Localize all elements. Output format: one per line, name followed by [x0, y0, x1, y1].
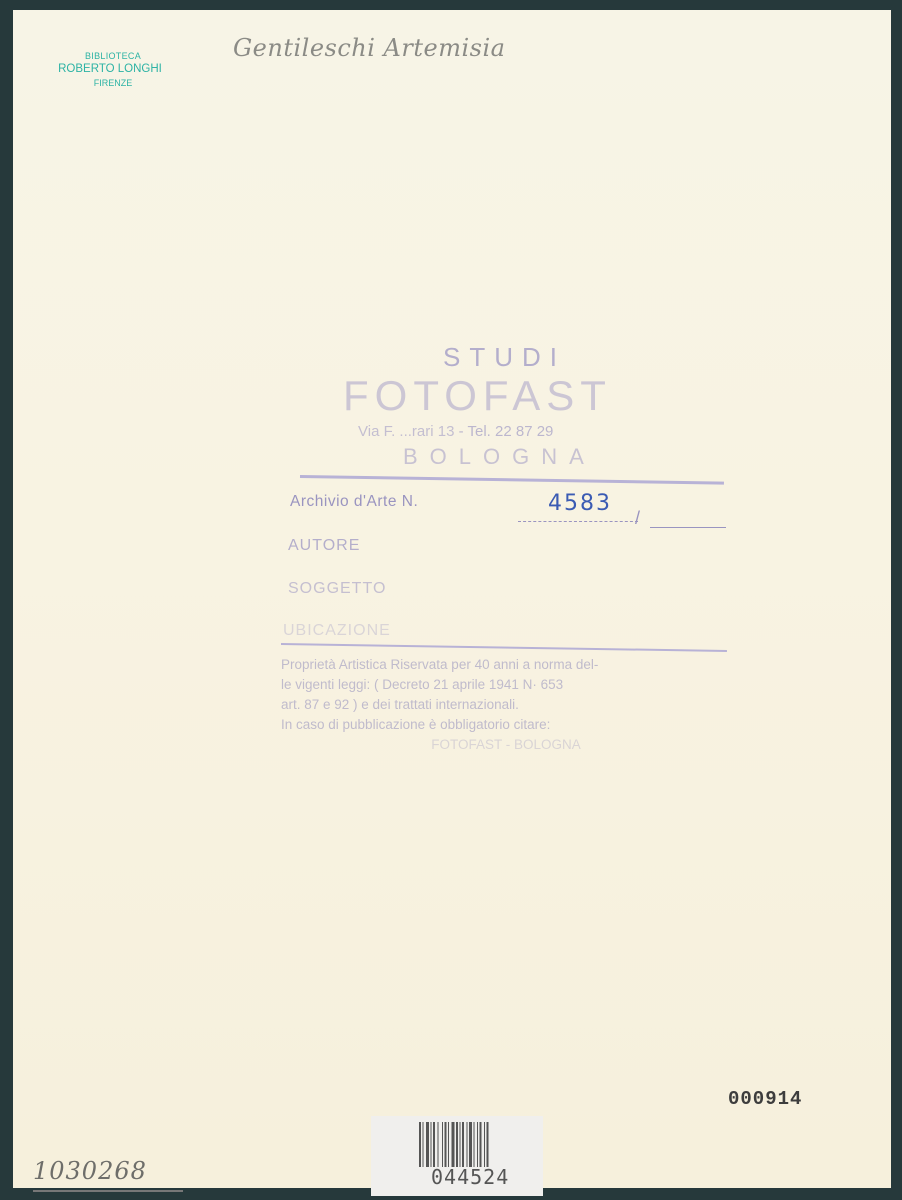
library-stamp: BIBLIOTECA ROBERTO LONGHI FIRENZE [53, 50, 173, 89]
autore-label: AUTORE [288, 537, 360, 555]
rights-line: le vigenti leggi: ( Decreto 21 aprile 19… [281, 675, 731, 695]
archivio-number-line [518, 521, 638, 522]
inventory-number: 000914 [728, 1088, 802, 1110]
archivio-label: Archivio d'Arte N. [290, 493, 418, 511]
rights-credit: FOTOFAST - BOLOGNA [281, 735, 731, 755]
archivio-slash: / [635, 508, 640, 529]
photo-back-paper: BIBLIOTECA ROBERTO LONGHI FIRENZE Gentil… [13, 10, 891, 1188]
studio-address-text: Via F. ...rari 13 [358, 423, 454, 440]
soggetto-label: SOGGETTO [288, 580, 386, 598]
library-stamp-line2: ROBERTO LONGHI [47, 62, 173, 77]
ubicazione-label: UBICAZIONE [283, 622, 391, 640]
rights-line: Proprietà Artistica Riservata per 40 ann… [281, 655, 731, 675]
barcode-number: 044524 [431, 1165, 509, 1189]
studio-tel-text: - Tel. 22 87 29 [459, 423, 554, 440]
archivio-suffix-line [650, 527, 726, 528]
rights-notice: Proprietà Artistica Riservata per 40 ann… [281, 655, 731, 755]
library-stamp-line1: BIBLIOTECA [53, 50, 173, 62]
handwritten-underline [33, 1190, 183, 1192]
barcode-icon [419, 1122, 537, 1167]
rights-line: In caso di pubblicazione è obbligatorio … [281, 715, 731, 735]
handwritten-title: Gentileschi Artemisia [233, 34, 505, 62]
archivio-number: 4583 [548, 491, 612, 516]
library-stamp-line3: FIRENZE [53, 77, 173, 89]
studio-stamp-name: FOTOFAST [343, 372, 612, 420]
studio-stamp-address: Via F. ...rari 13 - Tel. 22 87 29 [358, 423, 553, 440]
studio-stamp-city: BOLOGNA [403, 444, 596, 470]
rights-line: art. 87 e 92 ) e dei trattati internazio… [281, 695, 731, 715]
handwritten-number: 1030268 [33, 1157, 147, 1185]
rights-divider [281, 643, 727, 652]
stamp-divider [300, 475, 724, 485]
studio-stamp-studi: STUDI [443, 342, 566, 373]
